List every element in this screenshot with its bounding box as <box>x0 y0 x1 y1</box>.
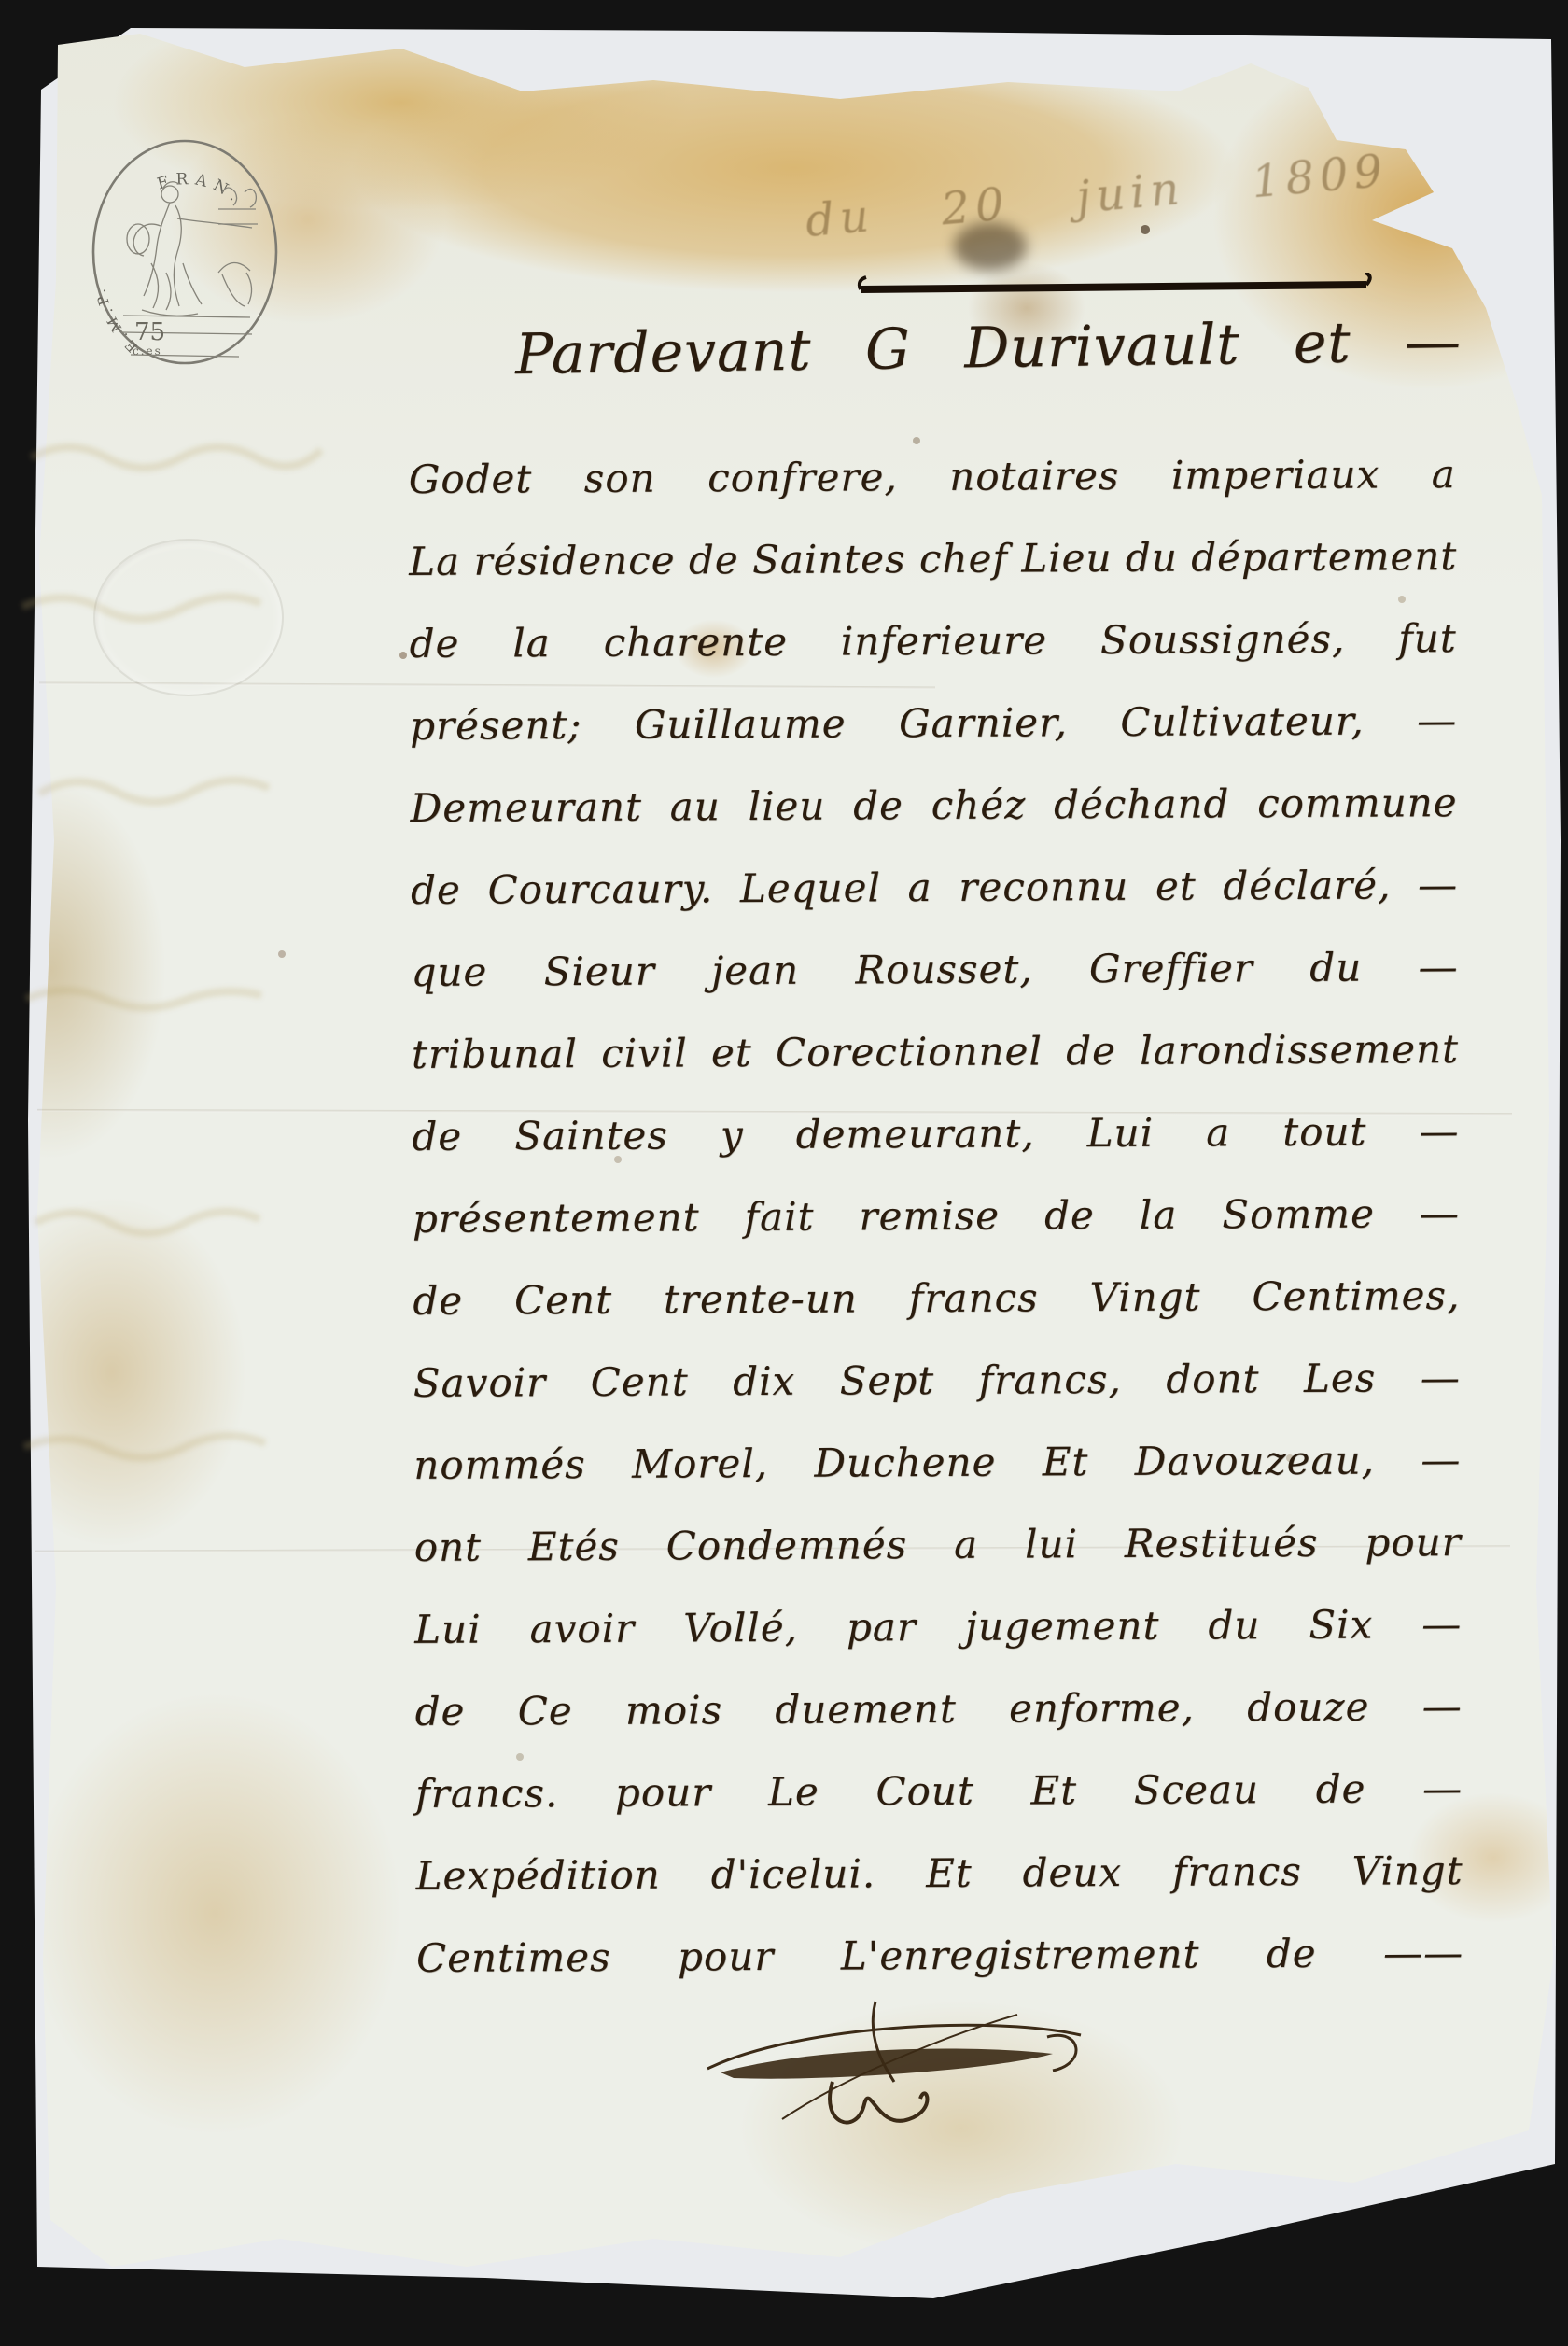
manuscript-line: de Ce mois duement enforme, douze — <box>415 1683 1463 1771</box>
manuscript-line: Lexpédition d'icelui. Et deux francs Vin… <box>415 1847 1463 1935</box>
opening-line: Pardevant G Durivault et — <box>515 309 1463 387</box>
manuscript-line: nommés Morel, Duchene Et Davouzeau, — <box>413 1437 1461 1524</box>
horizontal-rule <box>851 273 1379 301</box>
manuscript-line: que Sieur jean Rousset, Greffier du — <box>411 944 1458 1032</box>
manuscript-line: de Saintes y demeurant, Lui a tout — <box>412 1108 1459 1196</box>
manuscript-lines: Godet son confrere, notaires imperiaux a… <box>409 451 1464 2017</box>
revenue-stamp: FRAN. E.M.P. 75 c.es <box>86 133 284 368</box>
manuscript-line: francs. pour Le Cout Et Sceau de — <box>415 1765 1463 1853</box>
stamp-value: 75 <box>134 318 165 346</box>
stamp-value-unit: c.es <box>133 344 162 358</box>
manuscript-line: Savoir Cent dix Sept francs, dont Les — <box>413 1355 1461 1442</box>
manuscript-line: de Cent trente-un francs Vingt Centimes, <box>413 1272 1460 1360</box>
manuscript-scan: FRAN. E.M.P. 75 c.es du 20 juin 180 <box>0 0 1568 2346</box>
manuscript-line: La résidence de Saintes chef Lieu du dép… <box>409 533 1456 621</box>
manuscript-line: tribunal civil et Corectionnel de larond… <box>412 1026 1459 1114</box>
manuscript-line: présent; Guillaume Garnier, Cultivateur,… <box>410 697 1457 785</box>
manuscript-line: Lui avoir Vollé, par jugement du Six — <box>414 1601 1462 1689</box>
paraph-flourish <box>693 1977 1103 2155</box>
manuscript-line: Demeurant au lieu de chéz déchand commun… <box>410 780 1457 867</box>
manuscript-line: de la charente inferieure Soussignés, fu… <box>410 615 1457 703</box>
manuscript-line: de Courcaury. Lequel a reconnu et déclar… <box>411 862 1458 949</box>
ink-speckles <box>0 0 4 4</box>
manuscript-line: ont Etés Condemnés a lui Restitués pour <box>414 1519 1462 1607</box>
manuscript-line: Godet son confrere, notaires imperiaux a <box>409 451 1456 539</box>
blind-embossed-seal <box>93 539 284 696</box>
manuscript-line: présentement fait remise de la Somme — <box>413 1190 1460 1278</box>
